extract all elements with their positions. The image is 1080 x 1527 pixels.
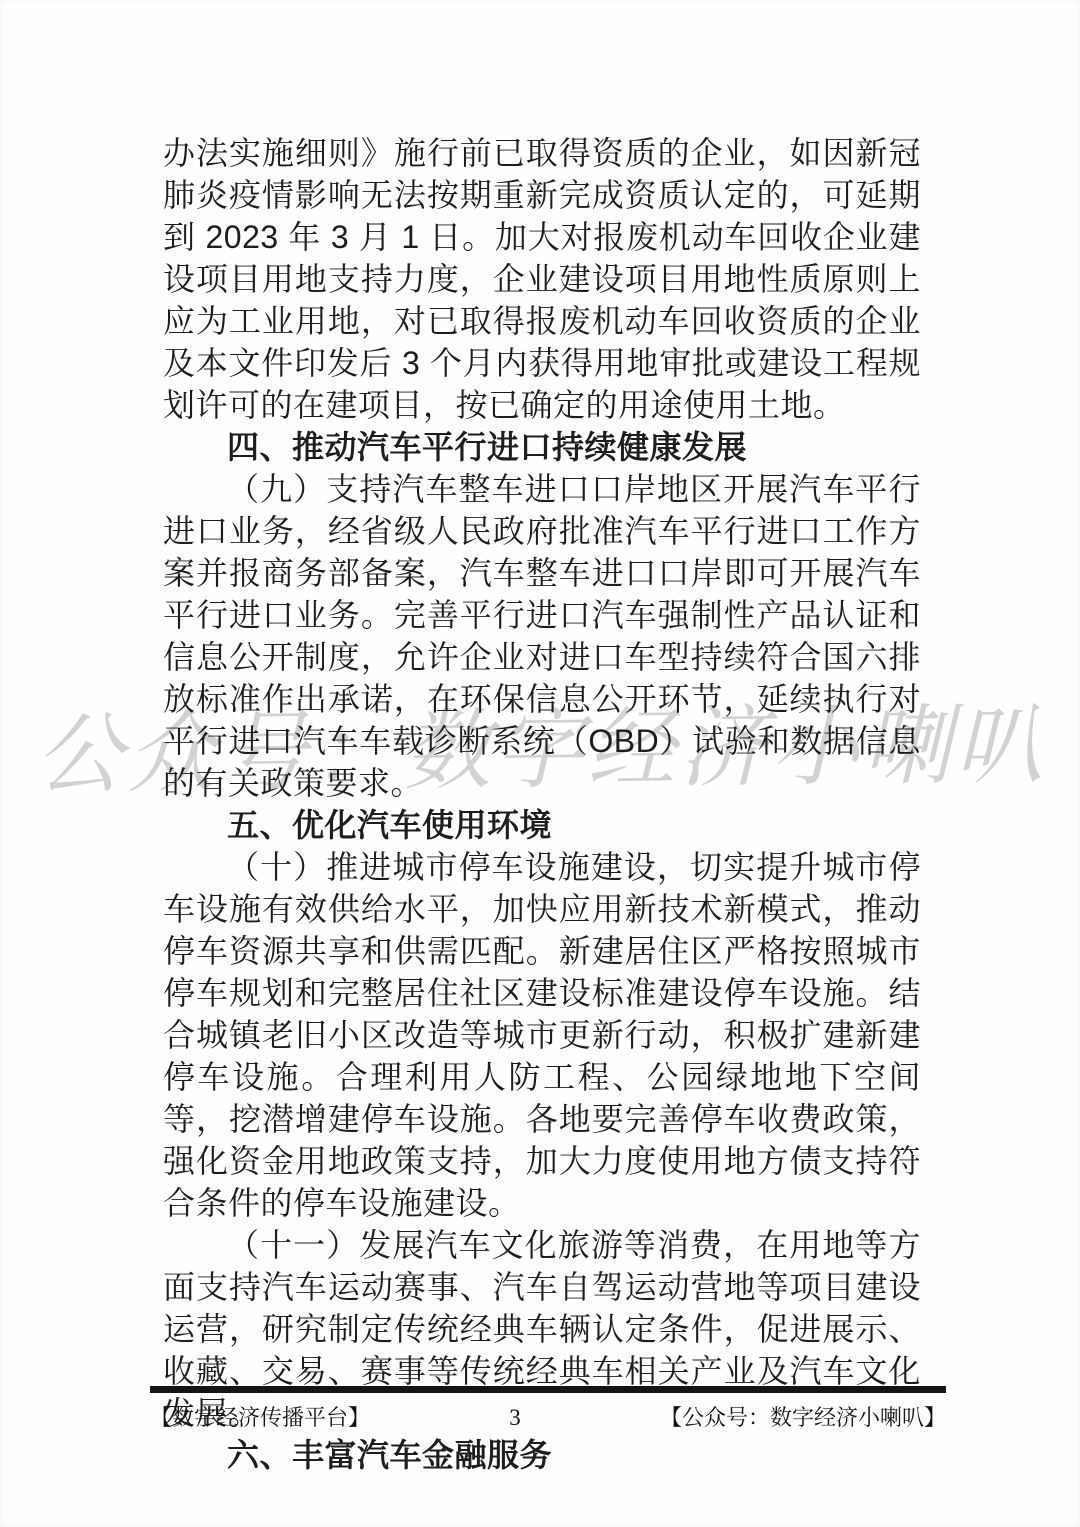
document-page: 公众号：数字经济小喇叭 办法实施细则》施行前已取得资质的企业，如因新冠肺炎疫情影…	[0, 0, 1080, 1527]
paragraph-continuation: 办法实施细则》施行前已取得资质的企业，如因新冠肺炎疫情影响无法按期重新完成资质认…	[163, 132, 921, 426]
section-heading-5: 五、优化汽车使用环境	[163, 804, 921, 846]
paragraph-item-10: （十）推进城市停车设施建设，切实提升城市停车设施有效供给水平，加快应用新技术新模…	[163, 846, 921, 1224]
footer-divider	[150, 1386, 946, 1393]
section-heading-6: 六、丰富汽车金融服务	[163, 1434, 921, 1476]
footer-row: 【数字经济传播平台】 3 【公众号：数字经济小喇叭】	[150, 1393, 946, 1432]
paragraph-item-9: （九）支持汽车整车进口口岸地区开展汽车平行进口业务，经省级人民政府批准汽车平行进…	[163, 468, 921, 804]
page-number: 3	[509, 1405, 521, 1431]
footer-platform-label: 【数字经济传播平台】	[150, 1401, 370, 1432]
section-heading-4: 四、推动汽车平行进口持续健康发展	[163, 426, 921, 468]
document-body: 办法实施细则》施行前已取得资质的企业，如因新冠肺炎疫情影响无法按期重新完成资质认…	[163, 132, 921, 1476]
footer-account-label: 【公众号：数字经济小喇叭】	[660, 1401, 946, 1432]
page-footer: 【数字经济传播平台】 3 【公众号：数字经济小喇叭】	[150, 1386, 946, 1432]
